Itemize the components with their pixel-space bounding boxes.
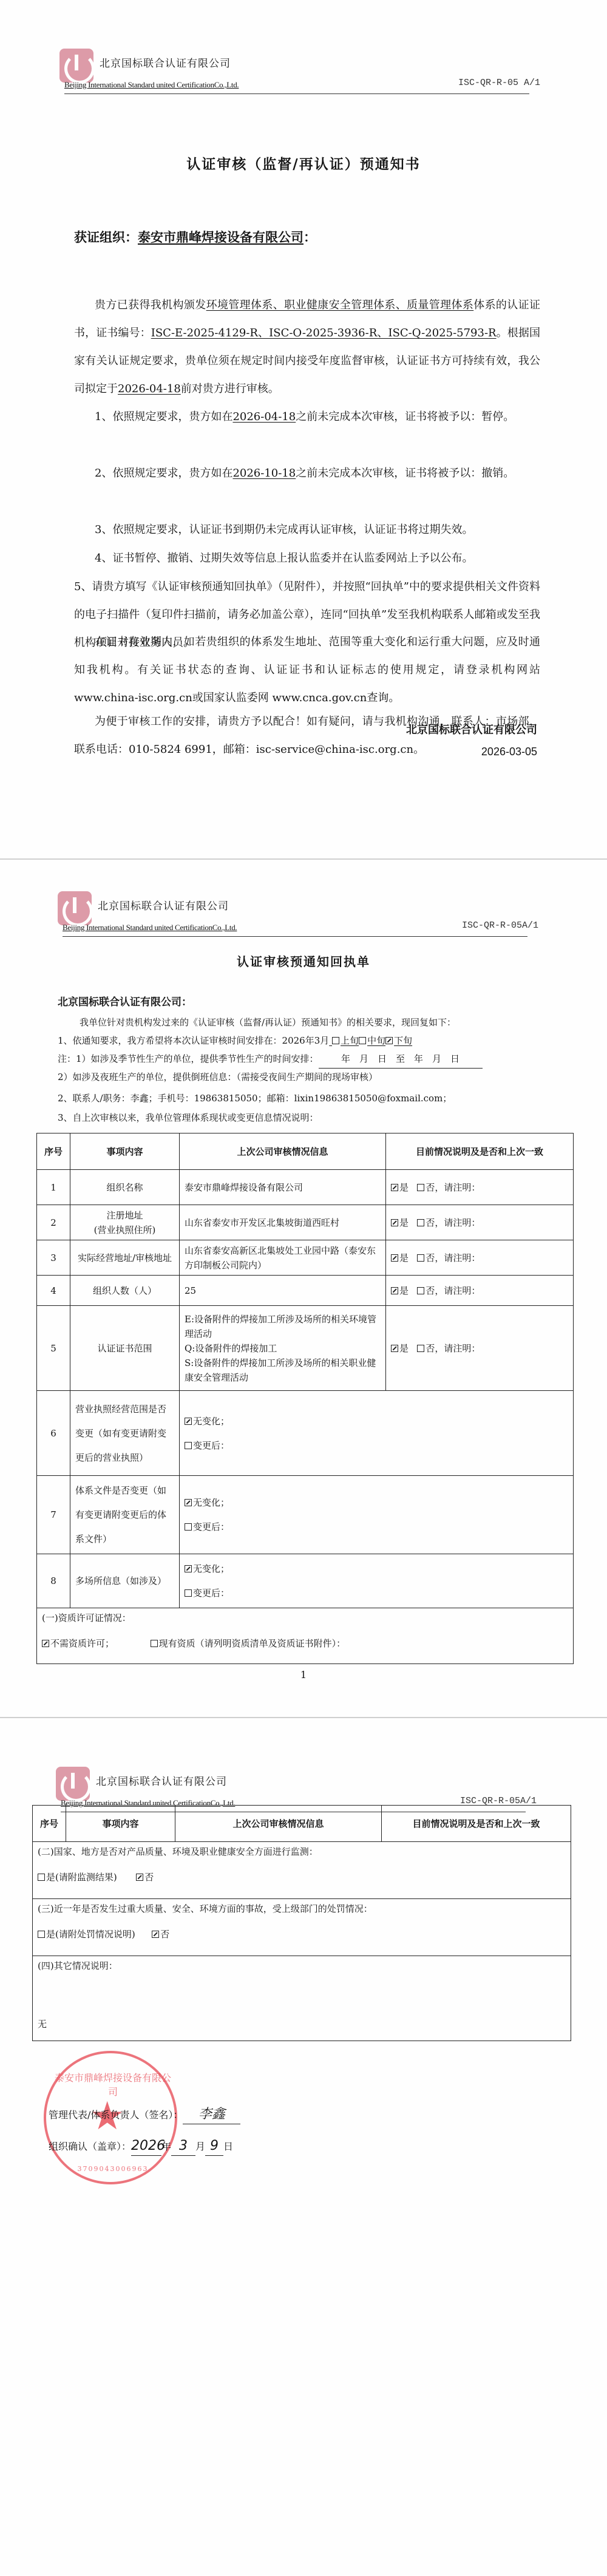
period-option-late[interactable]: 下旬 bbox=[385, 1035, 412, 1046]
intro-text-d: 前对贵方进行审核。 bbox=[181, 382, 279, 395]
suspension-date: 2026-04-18 bbox=[232, 410, 296, 423]
penalty-row: (三)近一年是否发生过重大质量、安全、环境方面的事故，受上级部门的处罚情况： 是… bbox=[33, 1899, 571, 1956]
form-code: ISC-QR-R-05A/1 bbox=[462, 920, 538, 931]
row-no: 3 bbox=[37, 1240, 70, 1276]
contact-text-b: ，邮箱： bbox=[212, 743, 256, 756]
period-option-early[interactable]: 上旬 bbox=[332, 1035, 359, 1046]
audit-period-label: 1、依通知要求，我方希望将本次认证审核时间安排在：2026年3月 bbox=[58, 1035, 329, 1046]
unchanged-label: 无变化； bbox=[193, 1416, 229, 1427]
monitoring-title: (二)国家、地方是否对产品质量、环境及职业健康安全方面进行监测： bbox=[38, 1844, 566, 1859]
checkbox-no[interactable] bbox=[417, 1287, 424, 1294]
checkbox-no[interactable] bbox=[417, 1345, 424, 1352]
checkbox-unchanged[interactable] bbox=[185, 1418, 192, 1425]
yes-label: 是 bbox=[399, 1285, 409, 1296]
row-no: 6 bbox=[37, 1391, 70, 1476]
other-notes-row: (四)其它情况说明： 无 bbox=[33, 1956, 571, 2041]
letterhead-company-en: Beijing International Standard united Ce… bbox=[64, 80, 239, 90]
company-logo-icon bbox=[58, 891, 92, 925]
checkbox-yes[interactable] bbox=[391, 1287, 398, 1294]
row-item: 注册地址 (营业执照住所) bbox=[70, 1205, 180, 1240]
other-notes-title: (四)其它情况说明： bbox=[38, 1959, 566, 1973]
header-no: 序号 bbox=[33, 1806, 66, 1842]
changed-label: 变更后： bbox=[193, 1521, 229, 1532]
clause-2: 2、依照规定要求，贵方如在2026-10-18之前未完成本次审核，证书将被予以：… bbox=[74, 460, 540, 488]
page-3-receipt-continued: 北京国标联合认证有限公司 Beijing International Stand… bbox=[0, 1717, 607, 2575]
checkbox-yes[interactable] bbox=[391, 1254, 398, 1262]
checkbox-monitoring-no[interactable] bbox=[136, 1874, 143, 1881]
notice-signer: 北京国标联合认证有限公司 bbox=[406, 721, 537, 737]
row-previous: 泰安市鼎峰焊接设备有限公司 bbox=[180, 1170, 386, 1205]
clause-2-text-b: 之前未完成本次审核，证书将被予以：撤销。 bbox=[296, 467, 514, 480]
letterhead-company-cn: 北京国标联合认证有限公司 bbox=[98, 897, 229, 912]
penalty-section: (三)近一年是否发生过重大质量、安全、环境方面的事故，受上级部门的处罚情况： 是… bbox=[33, 1899, 571, 1956]
certificate-numbers: ISC-E-2025-4129-R、ISC-O-2025-3936-R、ISC-… bbox=[151, 327, 497, 339]
row-previous: E:设备附件的焊接加工所涉及场所的相关环境管理活动 Q:设备附件的焊接加工 S:… bbox=[180, 1306, 386, 1391]
audit-deadline: 2026-04-18 bbox=[118, 382, 181, 395]
other-notes-section: (四)其它情况说明： 无 bbox=[33, 1956, 571, 2041]
row-item: 认证证书范围 bbox=[70, 1306, 180, 1391]
month-label: 月 bbox=[195, 2141, 205, 2152]
monitoring-no-label: 否 bbox=[144, 1872, 154, 1883]
checkbox-unchanged[interactable] bbox=[185, 1499, 192, 1506]
table-row: 6 营业执照经营范围是否变更（如有变更请附变更后的营业执照） 无变化； 变更后： bbox=[37, 1391, 574, 1476]
website-link-cnca[interactable]: www.cnca.gov.cn bbox=[273, 692, 367, 704]
qualification-title: (一)资质许可证情况： bbox=[42, 1611, 568, 1625]
no-label: 否，请注明： bbox=[426, 1343, 480, 1354]
checkbox-yes[interactable] bbox=[391, 1345, 398, 1352]
table-header-row: 序号 事项内容 上次公司审核情况信息 目前情况说明及是否和上次一致 bbox=[37, 1133, 574, 1170]
validity-text-b: 或国家认监委网 bbox=[192, 692, 273, 704]
representative-label: 管理代表/体系负责人（签名）： bbox=[49, 2109, 183, 2121]
receipt-title: 认证审核预通知回执单 bbox=[0, 952, 607, 970]
header-previous: 上次公司审核情况信息 bbox=[180, 1133, 386, 1170]
row-item: 组织人数（人） bbox=[70, 1276, 180, 1306]
contact-email-link[interactable]: isc-service@china-isc.org.cn bbox=[256, 743, 413, 756]
seasonal-note: 注：1）如涉及季节性生产的单位，提供季节性生产的时间安排：年 月 日 至 年 月… bbox=[58, 1050, 561, 1069]
penalty-no-label: 否 bbox=[160, 1929, 169, 1940]
letterhead-company-cn: 北京国标联合认证有限公司 bbox=[100, 55, 231, 70]
validity-text-c: 查询。 bbox=[367, 692, 399, 704]
unchanged-label: 无变化； bbox=[193, 1497, 229, 1508]
changed-label: 变更后： bbox=[193, 1588, 229, 1599]
penalty-yes-label: 是(请附处罚情况说明) bbox=[46, 1929, 135, 1940]
no-label: 否，请注明： bbox=[426, 1252, 480, 1263]
audit-period-line: 1、依通知要求，我方希望将本次认证审核时间安排在：2026年3月 上旬中旬下旬 bbox=[58, 1031, 561, 1050]
clause-1-text-a: 1、依照规定要求，贵方如在 bbox=[95, 410, 232, 423]
row-no: 8 bbox=[37, 1554, 70, 1608]
org-label: 获证组织： bbox=[74, 229, 138, 245]
stamp-number: 3709043006963 bbox=[64, 2165, 161, 2173]
page-number: 1 bbox=[0, 1669, 607, 1681]
row-consistency: 是 否，请注明： bbox=[386, 1306, 574, 1391]
period-option-mid[interactable]: 中旬 bbox=[359, 1035, 385, 1046]
clause-1: 1、依照规定要求，贵方如在2026-04-18之前未完成本次审核，证书将被予以：… bbox=[74, 403, 540, 431]
checkbox-unchanged[interactable] bbox=[185, 1565, 192, 1572]
yes-label: 是 bbox=[399, 1217, 409, 1228]
website-link-isc[interactable]: www.china-isc.org.cn bbox=[74, 692, 192, 704]
qualification-row: (一)资质许可证情况： 不需资质许可； 现有资质（请列明资质清单及资质证书附件）… bbox=[37, 1608, 574, 1664]
unchanged-label: 无变化； bbox=[193, 1563, 229, 1574]
row-previous: 山东省泰安高新区北集坡处工业园中路（泰安东方印制板公司院内） bbox=[180, 1240, 386, 1276]
notice-title: 认证审核（监督/再认证）预通知书 bbox=[0, 153, 607, 173]
management-systems: 环境管理体系、职业健康安全管理体系、质量管理体系 bbox=[206, 299, 474, 311]
validity-paragraph: 在证书有效期内，如若贵组织的体系发生地址、范围等重大变化和运行重大问题，应及时通… bbox=[74, 628, 540, 712]
checkbox-no[interactable] bbox=[417, 1254, 424, 1262]
row-consistency: 是 否，请注明： bbox=[386, 1276, 574, 1306]
checkbox-no[interactable] bbox=[417, 1219, 424, 1226]
checkbox-late-checked[interactable] bbox=[385, 1037, 393, 1044]
header-item: 事项内容 bbox=[70, 1133, 180, 1170]
checkbox-monitoring-yes[interactable] bbox=[38, 1874, 45, 1881]
row-change-status: 无变化； 变更后： bbox=[180, 1554, 574, 1608]
page-2-receipt: 北京国标联合认证有限公司 Beijing International Stand… bbox=[0, 858, 607, 1717]
row-previous: 山东省泰安市开发区北集坡街道西旺村 bbox=[180, 1205, 386, 1240]
table-row: 2 注册地址 (营业执照住所) 山东省泰安市开发区北集坡街道西旺村 是 否，请注… bbox=[37, 1205, 574, 1240]
row-item: 体系文件是否变更（如有变更请附变更后的体系文件） bbox=[70, 1476, 180, 1554]
seasonal-note-label: 注：1）如涉及季节性生产的单位，提供季节性生产的时间安排： bbox=[58, 1053, 319, 1064]
org-suffix: ： bbox=[303, 229, 316, 245]
letterhead: 北京国标联合认证有限公司 Beijing International Stand… bbox=[59, 55, 534, 98]
other-notes-value[interactable]: 无 bbox=[38, 2017, 566, 2031]
confirm-month-field[interactable]: 3 bbox=[171, 2137, 195, 2156]
company-logo-icon bbox=[56, 1767, 90, 1801]
clause-2-text-a: 2、依照规定要求，贵方如在 bbox=[95, 467, 232, 480]
row-consistency: 是 否，请注明： bbox=[386, 1205, 574, 1240]
row-item: 实际经营地址/审核地址 bbox=[70, 1240, 180, 1276]
checkbox-changed[interactable] bbox=[185, 1523, 192, 1531]
clause-3: 3、依照规定要求，认证证书到期仍未完成再认证审核，认证证书将过期失效。 bbox=[74, 516, 540, 544]
status-table-continued: 序号 事项内容 上次公司审核情况信息 目前情况说明及是否和上次一致 (二)国家、… bbox=[32, 1805, 571, 2041]
contact-phone: 010-5824 6991 bbox=[129, 743, 212, 756]
intro-paragraph: 贵方已获得我机构颁发环境管理体系、职业健康安全管理体系、质量管理体系体系的认证证… bbox=[74, 291, 540, 403]
representative-signature-line: 管理代表/体系负责人（签名）：李鑫 bbox=[49, 2105, 552, 2124]
day-label: 日 bbox=[223, 2141, 233, 2152]
revocation-date: 2026-10-18 bbox=[232, 467, 296, 480]
representative-signature-field[interactable]: 李鑫 bbox=[183, 2105, 240, 2124]
checkbox-yes[interactable] bbox=[391, 1219, 398, 1226]
confirm-label: 组织确认（盖章）： bbox=[49, 2141, 131, 2152]
table-row: 1 组织名称 泰安市鼎峰焊接设备有限公司 是 否，请注明： bbox=[37, 1170, 574, 1205]
row-item: 营业执照经营范围是否变更（如有变更请附变更后的营业执照） bbox=[70, 1391, 180, 1476]
no-label: 否，请注明： bbox=[426, 1217, 480, 1228]
header-current: 目前情况说明及是否和上次一致 bbox=[386, 1133, 574, 1170]
page-1-notice: 北京国标联合认证有限公司 Beijing International Stand… bbox=[0, 0, 607, 858]
checkbox-no-qualification[interactable] bbox=[42, 1640, 49, 1647]
checkbox-changed[interactable] bbox=[185, 1589, 192, 1597]
changed-label: 变更后： bbox=[193, 1440, 229, 1451]
row-no: 2 bbox=[37, 1205, 70, 1240]
table-row: 4 组织人数（人） 25 是 否，请注明： bbox=[37, 1276, 574, 1306]
row-consistency: 是 否，请注明： bbox=[386, 1240, 574, 1276]
year-label: 年 bbox=[161, 2141, 171, 2152]
receipt-intro: 我单位针对贵机构发过来的《认证审核（监督/再认证）预通知书》的相关要求，现回复如… bbox=[58, 1013, 561, 1031]
checkbox-yes[interactable] bbox=[391, 1184, 398, 1191]
contact-text-c: 。 bbox=[413, 743, 424, 756]
period-early-label: 上旬 bbox=[341, 1035, 359, 1046]
company-logo-icon bbox=[59, 49, 93, 83]
notice-date: 2026-03-05 bbox=[481, 746, 537, 758]
validity-text-a: 在证书有效期内，如若贵组织的体系发生地址、范围等重大变化和运行重大问题，应及时通… bbox=[74, 636, 540, 676]
table-row: 7 体系文件是否变更（如有变更请附变更后的体系文件） 无变化； 变更后： bbox=[37, 1476, 574, 1554]
status-line: 3、自上次审核以来，我单位管理体系现状或变更信息情况说明： bbox=[58, 1109, 561, 1127]
checkbox-has-qualification[interactable] bbox=[151, 1640, 158, 1647]
checkbox-mid[interactable] bbox=[359, 1037, 366, 1044]
penalty-title: (三)近一年是否发生过重大质量、安全、环境方面的事故，受上级部门的处罚情况： bbox=[38, 1901, 566, 1916]
letterhead-divider bbox=[64, 93, 529, 94]
period-mid-label: 中旬 bbox=[367, 1035, 385, 1046]
monitoring-section: (二)国家、地方是否对产品质量、环境及职业健康安全方面进行监测： 是(请附监测结… bbox=[33, 1842, 571, 1899]
monitoring-row: (二)国家、地方是否对产品质量、环境及职业健康安全方面进行监测： 是(请附监测结… bbox=[33, 1842, 571, 1899]
row-no: 1 bbox=[37, 1170, 70, 1205]
night-shift-note: 2）如涉及夜班生产的单位，提供倒班信息：（需接受夜间生产期间的现场审核） bbox=[58, 1068, 561, 1086]
checkbox-penalty-yes[interactable] bbox=[38, 1931, 45, 1938]
organization-confirm-line: 组织确认（盖章）：2026年3月9日 bbox=[49, 2137, 552, 2156]
certified-org-line: 获证组织：泰安市鼎峰焊接设备有限公司： bbox=[74, 223, 540, 251]
status-table: 序号 事项内容 上次公司审核情况信息 目前情况说明及是否和上次一致 1 组织名称… bbox=[36, 1133, 574, 1664]
letterhead-company-cn: 北京国标联合认证有限公司 bbox=[96, 1773, 227, 1788]
checkbox-no[interactable] bbox=[417, 1184, 424, 1191]
qualification-section: (一)资质许可证情况： 不需资质许可； 现有资质（请列明资质清单及资质证书附件）… bbox=[37, 1608, 574, 1664]
table-row: 5 认证证书范围 E:设备附件的焊接加工所涉及场所的相关环境管理活动 Q:设备附… bbox=[37, 1306, 574, 1391]
no-qualification-label: 不需资质许可； bbox=[50, 1638, 114, 1649]
header-current: 目前情况说明及是否和上次一致 bbox=[382, 1806, 571, 1842]
header-previous: 上次公司审核情况信息 bbox=[175, 1806, 382, 1842]
confirm-year-field[interactable]: 2026 bbox=[131, 2137, 161, 2156]
monitoring-yes-label: 是(请附监测结果) bbox=[46, 1872, 117, 1883]
period-late-label: 下旬 bbox=[394, 1035, 412, 1046]
yes-label: 是 bbox=[399, 1252, 409, 1263]
row-item: 组织名称 bbox=[70, 1170, 180, 1205]
yes-label: 是 bbox=[399, 1343, 409, 1354]
intro-text-a: 贵方已获得我机构颁发 bbox=[95, 299, 206, 311]
row-no: 4 bbox=[37, 1276, 70, 1306]
confirm-day-field[interactable]: 9 bbox=[205, 2137, 223, 2156]
checkbox-early[interactable] bbox=[332, 1037, 339, 1044]
row-change-status: 无变化； 变更后： bbox=[180, 1391, 574, 1476]
row-no: 7 bbox=[37, 1476, 70, 1554]
checkbox-changed[interactable] bbox=[185, 1442, 192, 1449]
clause-4: 4、证书暂停、撤销、过期失效等信息上报认监委并在认监委网站上予以公布。 bbox=[74, 545, 540, 573]
letterhead-company-en: Beijing International Standard united Ce… bbox=[63, 923, 237, 933]
has-qualification-label: 现有资质（请列明资质清单及资质证书附件）： bbox=[159, 1638, 346, 1649]
header-no: 序号 bbox=[37, 1133, 70, 1170]
row-consistency: 是 否，请注明： bbox=[386, 1170, 574, 1205]
form-code: ISC-QR-R-05 A/1 bbox=[458, 78, 540, 88]
checkbox-penalty-no[interactable] bbox=[152, 1931, 159, 1938]
header-item: 事项内容 bbox=[66, 1806, 175, 1842]
receipt-addressee: 北京国标联合认证有限公司： bbox=[58, 993, 561, 1011]
letterhead: 北京国标联合认证有限公司 Beijing International Stand… bbox=[58, 897, 532, 941]
seasonal-schedule-field[interactable]: 年 月 日 至 年 月 日 bbox=[319, 1050, 483, 1069]
no-label: 否，请注明： bbox=[426, 1182, 480, 1193]
row-change-status: 无变化； 变更后： bbox=[180, 1476, 574, 1554]
clause-1-text-b: 之前未完成本次审核，证书将被予以：暂停。 bbox=[296, 410, 514, 423]
table-row: 3 实际经营地址/审核地址 山东省泰安高新区北集坡处工业园中路（泰安东方印制板公… bbox=[37, 1240, 574, 1276]
table-header-row: 序号 事项内容 上次公司审核情况信息 目前情况说明及是否和上次一致 bbox=[33, 1806, 571, 1842]
contact-line: 2、联系人/职务：李鑫；手机号：19863815050；邮箱：lixin1986… bbox=[58, 1089, 561, 1107]
row-no: 5 bbox=[37, 1306, 70, 1391]
org-name: 泰安市鼎峰焊接设备有限公司 bbox=[138, 229, 303, 245]
table-row: 8 多场所信息（如涉及） 无变化； 变更后： bbox=[37, 1554, 574, 1608]
letterhead-divider bbox=[63, 936, 527, 937]
row-previous: 25 bbox=[180, 1276, 386, 1306]
no-label: 否，请注明： bbox=[426, 1285, 480, 1296]
row-item: 多场所信息（如涉及） bbox=[70, 1554, 180, 1608]
yes-label: 是 bbox=[399, 1182, 409, 1193]
